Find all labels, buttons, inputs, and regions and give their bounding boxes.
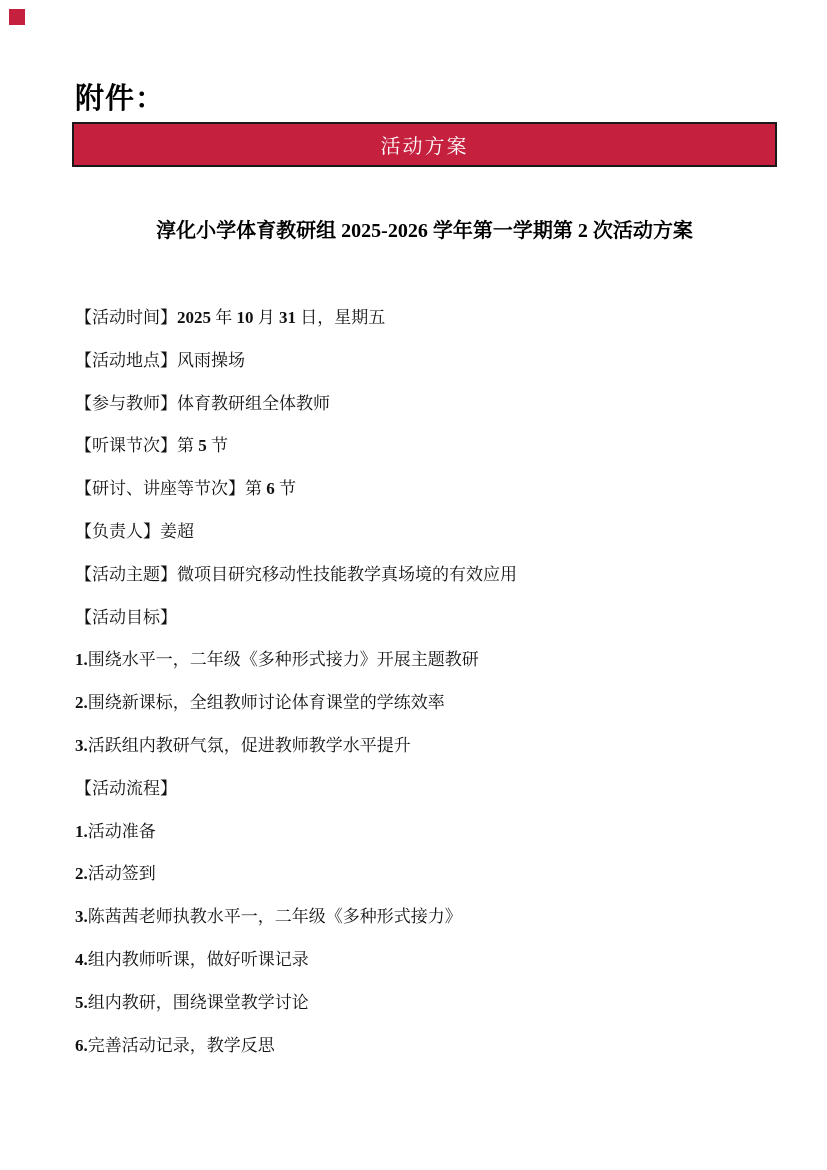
body-line: 1.活动准备: [75, 811, 785, 854]
body-line: 【活动地点】风雨操场: [75, 340, 785, 383]
body-line: 【活动主题】微项目研究移动性技能教学真场境的有效应用: [75, 554, 785, 597]
body-line: 【负责人】姜超: [75, 511, 785, 554]
attachment-label: 附件：: [75, 76, 165, 117]
body-line: 3.陈茜茜老师执教水平一，二年级《多种形式接力》: [75, 896, 785, 939]
body-line: 5.组内教研，围绕课堂教学讨论: [75, 982, 785, 1025]
document-title: 淳化小学体育教研组 2025-2026 学年第一学期第 2 次活动方案: [72, 214, 777, 243]
corner-marker: [9, 9, 25, 25]
body-line: 6.完善活动记录，教学反思: [75, 1025, 785, 1068]
body-line: 【活动流程】: [75, 768, 785, 811]
banner: 活动方案: [72, 122, 777, 167]
body-line: 【活动目标】: [75, 597, 785, 640]
body-line: 【听课节次】第 5 节: [75, 425, 785, 468]
body-line: 2.围绕新课标，全组教师讨论体育课堂的学练效率: [75, 682, 785, 725]
body-line: 4.组内教师听课，做好听课记录: [75, 939, 785, 982]
body-line: 【活动时间】2025 年 10 月 31 日，星期五: [75, 297, 785, 340]
body-line: 1.围绕水平一，二年级《多种形式接力》开展主题教研: [75, 639, 785, 682]
document-body: 【活动时间】2025 年 10 月 31 日，星期五【活动地点】风雨操场【参与教…: [75, 297, 785, 1067]
banner-title: 活动方案: [381, 130, 469, 159]
body-line: 【参与教师】体育教研组全体教师: [75, 383, 785, 426]
body-line: 【研讨、讲座等节次】第 6 节: [75, 468, 785, 511]
body-line: 2.活动签到: [75, 853, 785, 896]
body-line: 3.活跃组内教研气氛，促进教师教学水平提升: [75, 725, 785, 768]
